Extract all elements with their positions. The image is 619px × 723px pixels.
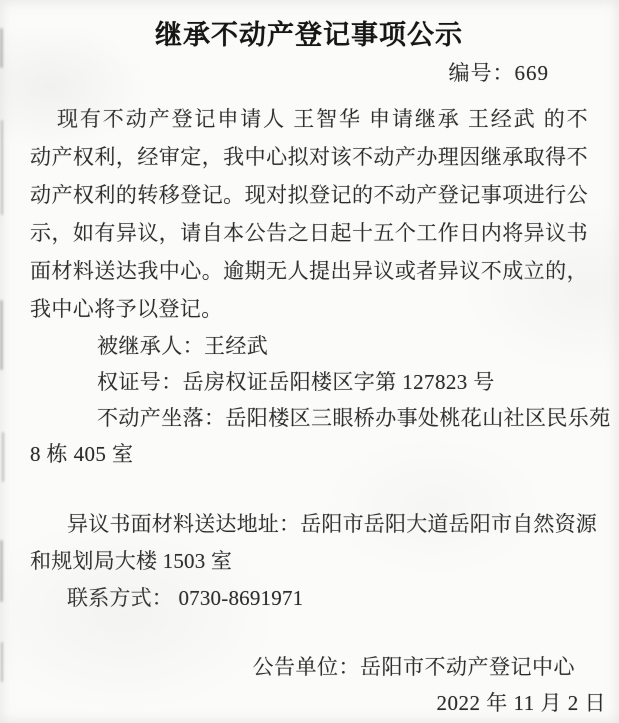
notice-details: 被继承人：王经武 权证号：岳房权证岳阳楼区字第 127823 号 不动产坐落：岳…	[30, 328, 588, 472]
notice-body: 现有不动产登记申请人 王智华 申请继承 王经武 的不 动产权利，经审定，我中心拟…	[30, 100, 588, 328]
contact-line: 联系方式： 0730-8691971	[30, 580, 588, 617]
notice-number-value: 669	[515, 61, 550, 85]
notice-title: 继承不动产登记事项公示	[30, 14, 588, 56]
notice-number: 编号：669	[30, 58, 588, 88]
body-line-3: 动产权利的转移登记。现对拟登记的不动产登记事项进行公	[30, 176, 588, 214]
decedent-line: 被继承人：王经武	[30, 328, 588, 364]
body-line-6: 我中心将予以登记。	[30, 290, 588, 328]
body-line-5: 面材料送达我中心。逾期无人提出异议或者异议不成立的，	[30, 252, 588, 290]
body-line-4: 示，如有异议，请自本公告之日起十五个工作日内将异议书	[30, 214, 588, 252]
objection-address-line-1: 异议书面材料送达地址：岳阳市岳阳大道岳阳市自然资源	[30, 506, 588, 543]
objection-section: 异议书面材料送达地址：岳阳市岳阳大道岳阳市自然资源 和规划局大楼 1503 室 …	[30, 506, 588, 617]
body-line-2: 动产权利，经审定，我中心拟对该不动产办理因继承取得不	[30, 138, 588, 176]
notice-document: 继承不动产登记事项公示 编号：669 现有不动产登记申请人 王智华 申请继承 王…	[0, 0, 619, 723]
notice-content: 继承不动产登记事项公示 编号：669 现有不动产登记申请人 王智华 申请继承 王…	[0, 0, 619, 721]
certificate-line: 权证号：岳房权证岳阳楼区字第 127823 号	[30, 364, 588, 400]
location-line-2: 8 栋 405 室	[30, 436, 588, 472]
issuer-line: 公告单位：岳阳市不动产登记中心	[30, 649, 588, 685]
body-line-1: 现有不动产登记申请人 王智华 申请继承 王经武 的不	[30, 100, 588, 138]
notice-number-label: 编号：	[449, 61, 515, 85]
location-line-1: 不动产坐落：岳阳楼区三眼桥办事处桃花山社区民乐苑	[30, 400, 588, 436]
date-line: 2022 年 11 月 2 日	[30, 685, 606, 721]
notice-footer: 公告单位：岳阳市不动产登记中心 2022 年 11 月 2 日	[30, 649, 588, 721]
objection-address-line-2: 和规划局大楼 1503 室	[30, 543, 588, 580]
